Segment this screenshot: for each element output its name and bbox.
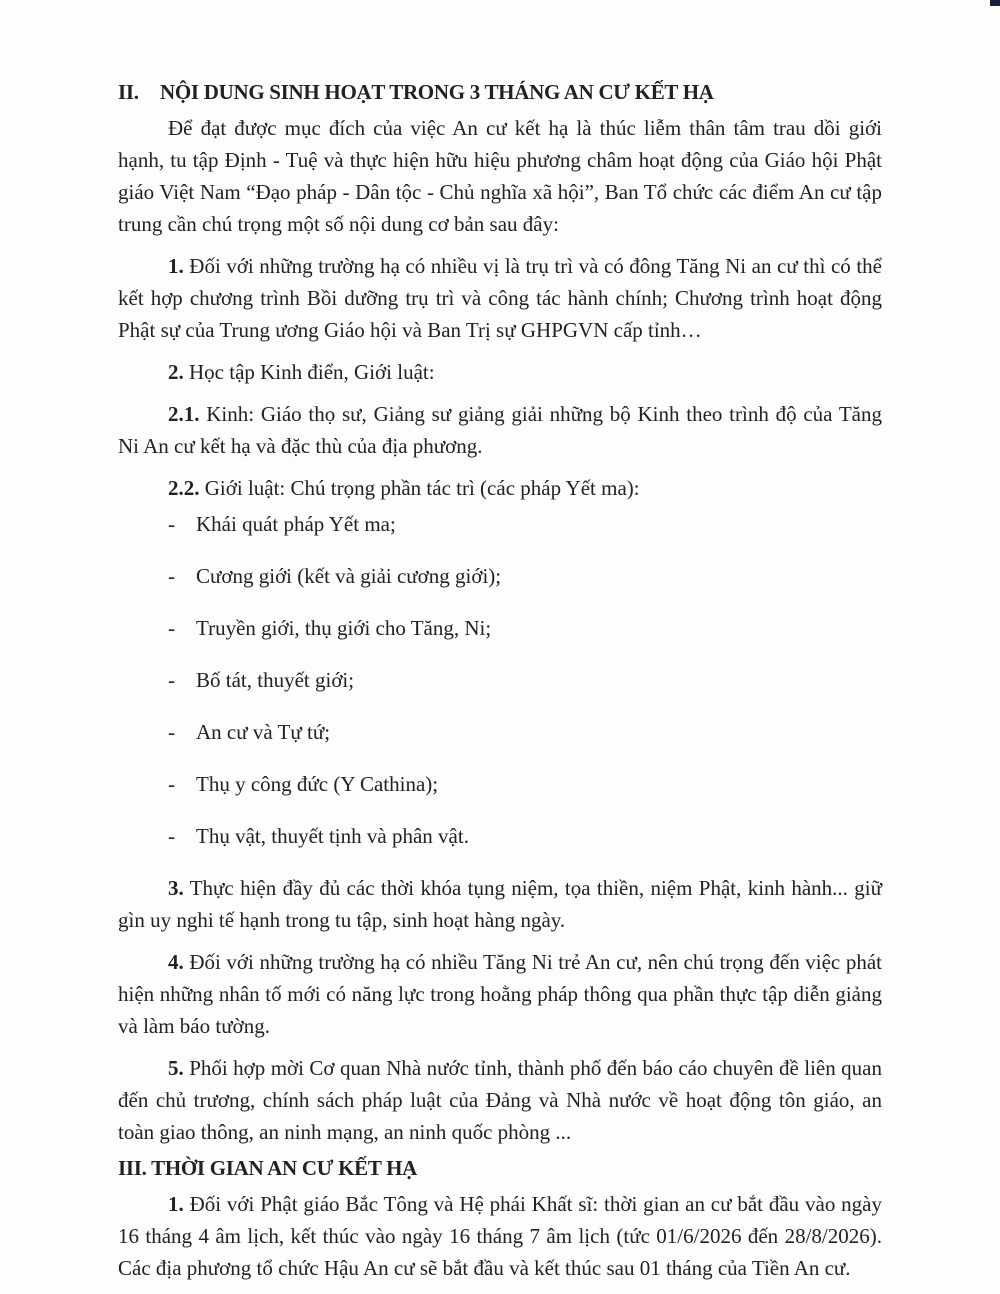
item-4: 4. Đối với những trường hạ có nhiều Tăng…: [118, 946, 882, 1042]
item-2-2: 2.2. Giới luật: Chú trọng phần tác trì (…: [118, 472, 882, 504]
scan-corner-mark: [990, 0, 1000, 6]
item-5: 5. Phối hợp mời Cơ quan Nhà nước tỉnh, t…: [118, 1052, 882, 1148]
list-item: -Bố tát, thuyết giới;: [118, 664, 882, 716]
section-3-heading: III. THỜI GIAN AN CƯ KẾT HẠ: [118, 1152, 882, 1184]
vinaya-list: -Khái quát pháp Yết ma; -Cương giới (kết…: [118, 508, 882, 862]
list-item: -Thụ y công đức (Y Cathina);: [118, 768, 882, 820]
list-item: -Truyền giới, thụ giới cho Tăng, Ni;: [118, 612, 882, 664]
item-2: 2. Học tập Kinh điển, Giới luật:: [118, 356, 882, 388]
item-1: 1. Đối với những trường hạ có nhiều vị l…: [118, 250, 882, 346]
list-item: -Thụ vật, thuyết tịnh và phân vật.: [118, 820, 882, 862]
list-item: -An cư và Tự tứ;: [118, 716, 882, 768]
item-3: 3. Thực hiện đầy đủ các thời khóa tụng n…: [118, 872, 882, 936]
list-item: -Cương giới (kết và giải cương giới);: [118, 560, 882, 612]
section-3-item-1: 1. Đối với Phật giáo Bắc Tông và Hệ phái…: [118, 1188, 882, 1284]
section-2-heading: II.NỘI DUNG SINH HOẠT TRONG 3 THÁNG AN C…: [118, 76, 882, 108]
section-2-intro: Để đạt được mục đích của việc An cư kết …: [118, 112, 882, 240]
list-item: -Khái quát pháp Yết ma;: [118, 508, 882, 560]
item-2-1: 2.1. Kinh: Giáo thọ sư, Giảng sư giảng g…: [118, 398, 882, 462]
document-page: II.NỘI DUNG SINH HOẠT TRONG 3 THÁNG AN C…: [118, 76, 882, 1284]
